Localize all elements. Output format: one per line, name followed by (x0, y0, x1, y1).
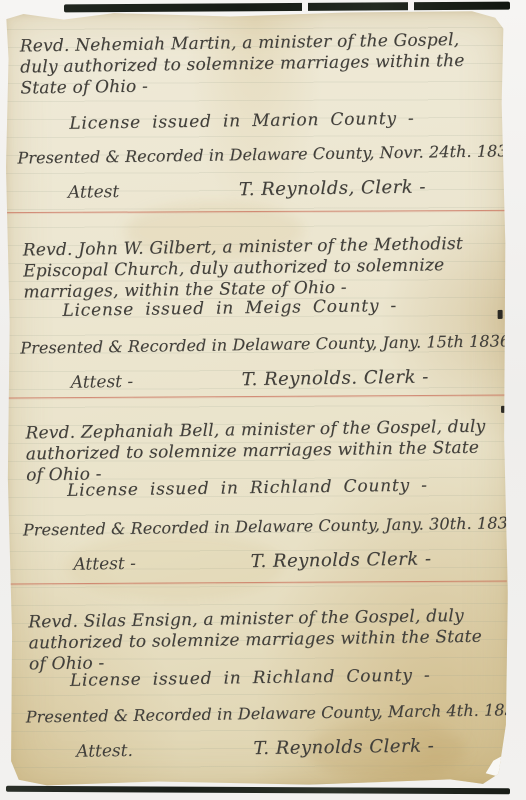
edge-mark (498, 310, 503, 319)
binding-gap (302, 2, 308, 12)
attest-label: Attest - (73, 554, 136, 575)
scan-background: Revd. Nehemiah Martin, a minister of the… (0, 0, 526, 800)
binding-edge-bottom (6, 786, 510, 795)
clerk-signature: T. Reynolds Clerk - (253, 735, 434, 759)
ledger-page: Revd. Nehemiah Martin, a minister of the… (3, 10, 510, 789)
attest-label: Attest (68, 182, 120, 203)
clerk-signature: T. Reynolds Clerk - (250, 548, 431, 572)
clerk-signature: T. Reynolds. Clerk - (242, 366, 429, 390)
binding-gap (408, 2, 414, 12)
attest-label: Attest - (71, 372, 134, 393)
minister-authorization-text: Revd. Nehemiah Martin, a minister of the… (4, 29, 509, 99)
clerk-signature: T. Reynolds, Clerk - (239, 176, 426, 200)
edge-mark (501, 406, 505, 413)
minister-authorization-text: Revd. John W. Gilbert, a minister of the… (7, 233, 512, 303)
attest-label: Attest. (76, 741, 133, 762)
binding-edge-top (64, 2, 510, 13)
